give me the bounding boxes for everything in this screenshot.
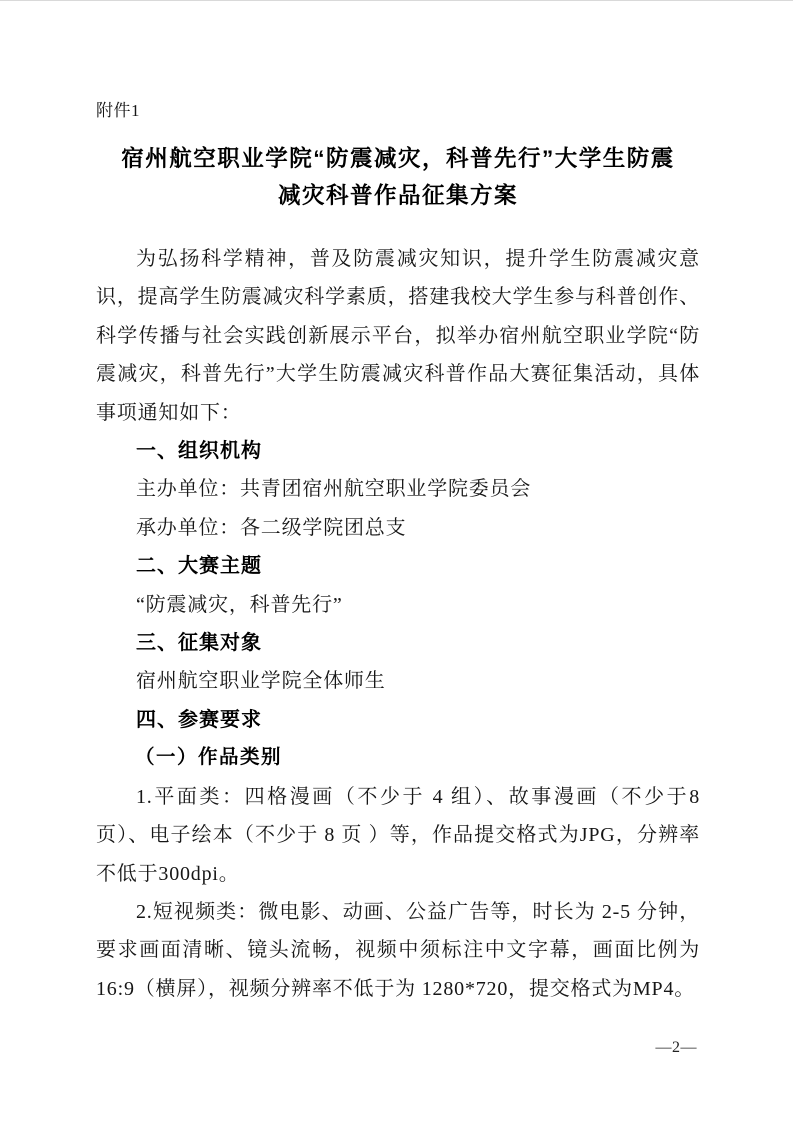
- attachment-label: 附件1: [96, 98, 700, 124]
- section-1-heading: 一、组织机构: [96, 432, 700, 470]
- section-2-line-theme: “防震减灾，科普先行”: [96, 586, 700, 624]
- section-4-item-flat-works: 1.平面类：四格漫画（不少于 4 组）、故事漫画（不少于8 页）、电子绘本（不少…: [96, 778, 700, 893]
- section-4-heading: 四、参赛要求: [96, 701, 700, 739]
- document-page: 附件1 宿州航空职业学院“防震减灾，科普先行”大学生防震 减灾科普作品征集方案 …: [0, 0, 793, 1122]
- section-1-line-undertaker: 承办单位：各二级学院团总支: [96, 509, 700, 547]
- intro-paragraph: 为弘扬科学精神，普及防震减灾知识，提升学生防震减灾意识，提高学生防震减灾科学素质…: [96, 240, 700, 432]
- section-4-item-short-video: 2.短视频类：微电影、动画、公益广告等，时长为 2-5 分钟，要求画面清晰、镜头…: [96, 893, 700, 1008]
- section-2-heading: 二、大赛主题: [96, 547, 700, 585]
- section-3-line-audience: 宿州航空职业学院全体师生: [96, 662, 700, 700]
- document-body: 为弘扬科学精神，普及防震减灾知识，提升学生防震减灾意识，提高学生防震减灾科学素质…: [96, 240, 700, 1008]
- document-title-line-2: 减灾科普作品征集方案: [96, 177, 700, 214]
- document-content: 附件1 宿州航空职业学院“防震减灾，科普先行”大学生防震 减灾科普作品征集方案 …: [96, 98, 700, 1008]
- section-4-subheading: （一）作品类别: [96, 739, 700, 777]
- page-number: —2—: [656, 1039, 698, 1057]
- document-title: 宿州航空职业学院“防震减灾，科普先行”大学生防震 减灾科普作品征集方案: [96, 140, 700, 214]
- section-1-line-organizer: 主办单位：共青团宿州航空职业学院委员会: [96, 470, 700, 508]
- section-3-heading: 三、征集对象: [96, 624, 700, 662]
- document-title-line-1: 宿州航空职业学院“防震减灾，科普先行”大学生防震: [96, 140, 700, 177]
